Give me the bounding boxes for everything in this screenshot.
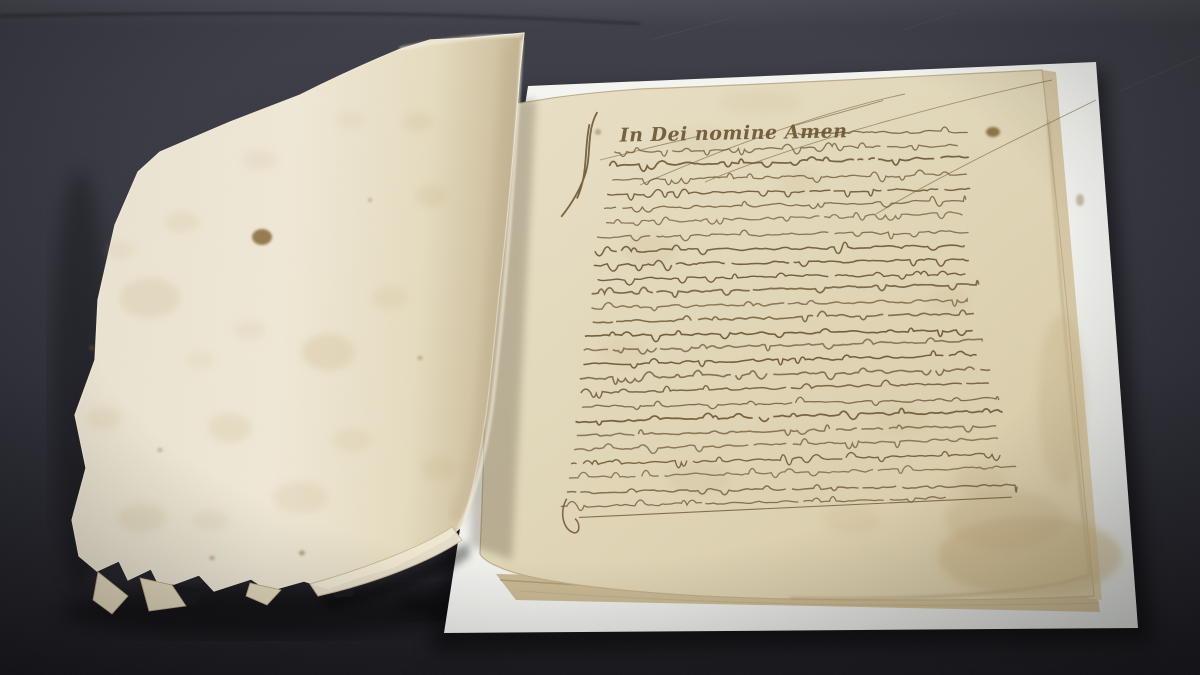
vignette	[0, 0, 1200, 675]
photograph-stage: In Dei nomine Amen	[0, 0, 1200, 675]
manuscript-photograph: In Dei nomine Amen	[0, 0, 1200, 675]
